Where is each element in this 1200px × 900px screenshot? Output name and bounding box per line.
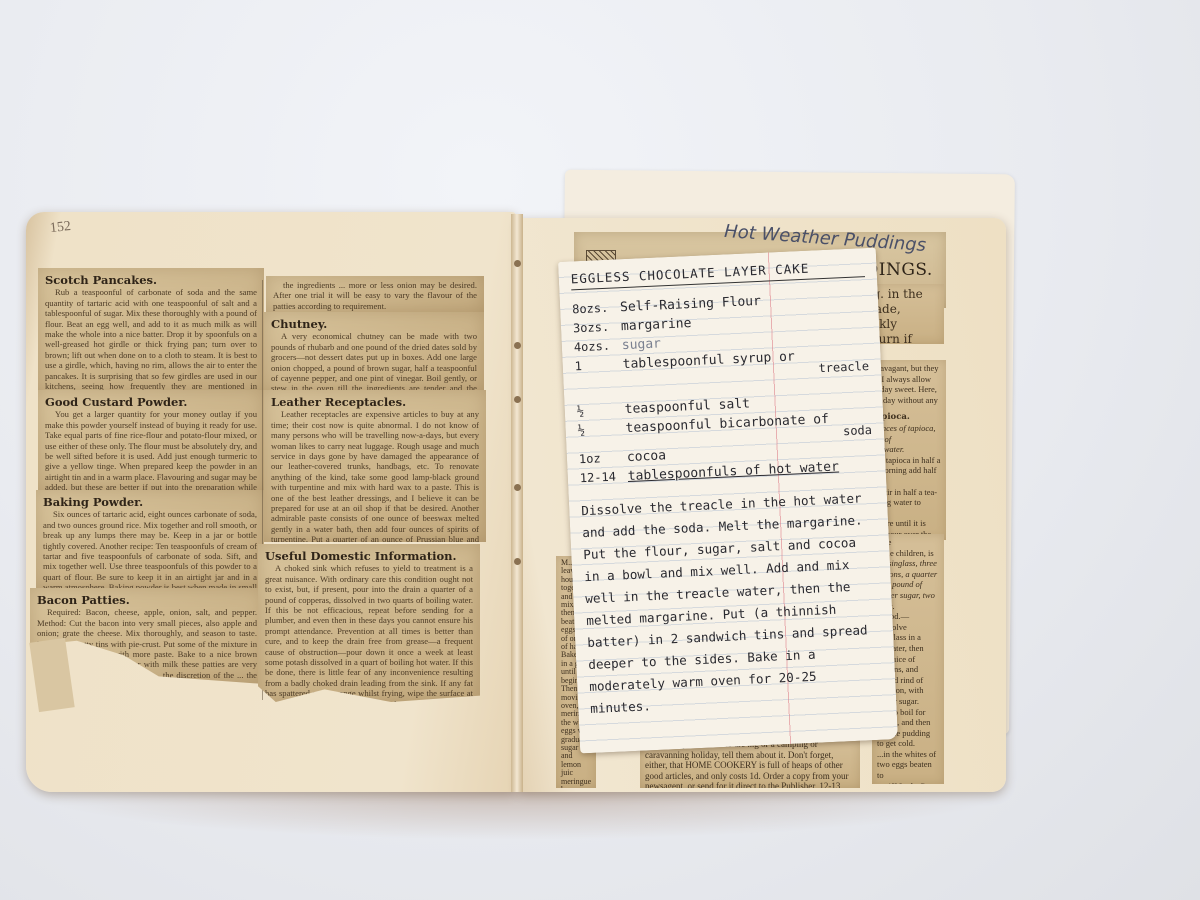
clipping-heading: Chutney.: [271, 319, 477, 329]
clipping-useful-domestic-information: Useful Domestic Information. A choked si…: [258, 544, 480, 702]
clipping-body: Six ounces of tartaric acid, eight ounce…: [43, 509, 257, 588]
clipping-body: A very economical chutney can be made wi…: [271, 331, 477, 392]
binding-stitch: [514, 558, 521, 565]
binding-stitch: [514, 342, 521, 349]
recipe-card: EGGLESS CHOCOLATE LAYER CAKE 8ozs. Self-…: [558, 248, 898, 754]
clipping-heading: Leather Receptacles.: [271, 397, 479, 407]
clipping-leather-receptacles: Leather Receptacles. Leather receptacles…: [264, 390, 486, 542]
book-spine: [511, 214, 523, 792]
recipe-title: EGGLESS CHOCOLATE LAYER CAKE: [570, 258, 865, 290]
clipping-heading: Bacon Patties.: [37, 595, 257, 605]
clipping-scotch-pancakes: Scotch Pancakes. Rub a teaspoonful of ca…: [38, 268, 264, 394]
clipping-heading: Scotch Pancakes.: [45, 275, 257, 285]
clipping-body: You get a larger quantity for your money…: [45, 409, 257, 492]
clipping-heading: Baking Powder.: [43, 497, 257, 507]
binding-stitch: [514, 396, 521, 403]
binding-stitch: [514, 484, 521, 491]
clipping-body: the ingredients ... more or less onion m…: [273, 280, 477, 311]
clipping-body: A choked sink which refuses to yield to …: [265, 563, 473, 702]
clipping-body: Leather receptacles are expensive articl…: [271, 409, 479, 542]
page-number: 152: [49, 219, 72, 237]
clipping-heading: Good Custard Powder.: [45, 397, 257, 407]
clipping-continued: the ingredients ... more or less onion m…: [266, 276, 484, 312]
clipping-body: Rub a teaspoonful of carbonate of soda a…: [45, 287, 257, 394]
clipping-chutney: Chutney. A very economical chutney can b…: [264, 312, 484, 392]
clipping-custard-powder: Good Custard Powder. You get a larger qu…: [38, 390, 264, 492]
recipe-method: Dissolve the treacle in the hot water an…: [581, 487, 885, 720]
clipping-baking-powder: Baking Powder. Six ounces of tartaric ac…: [36, 490, 264, 588]
clipping-heading: Useful Domestic Information.: [265, 551, 473, 561]
binding-stitch: [514, 260, 521, 267]
